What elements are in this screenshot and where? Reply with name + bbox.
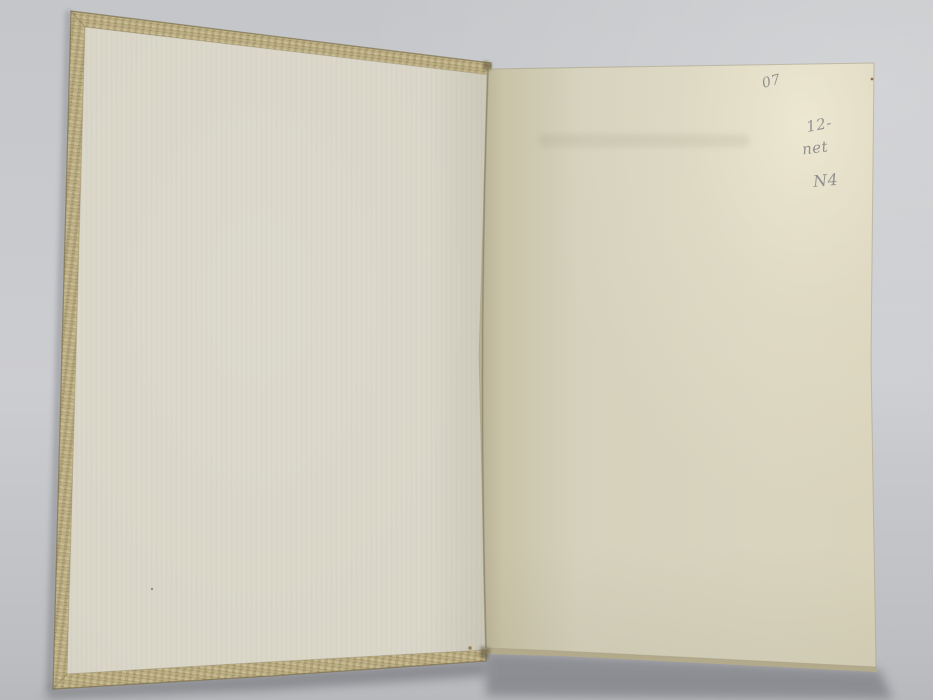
book-photo-scene: 07 12- net N4 <box>0 0 933 700</box>
pencil-mark-code: N4 <box>811 170 839 191</box>
speck <box>151 588 153 590</box>
text-showthrough-ghost <box>538 134 750 147</box>
open-book-photo: 07 12- net N4 <box>0 0 933 700</box>
front-board <box>53 11 491 689</box>
rust-speck <box>468 646 472 650</box>
flyleaf: 07 12- net N4 <box>479 63 876 667</box>
endpaper-gutter-shade <box>67 27 491 674</box>
pencil-mark-net: net <box>801 137 830 158</box>
fore-edge-speck <box>871 78 874 81</box>
